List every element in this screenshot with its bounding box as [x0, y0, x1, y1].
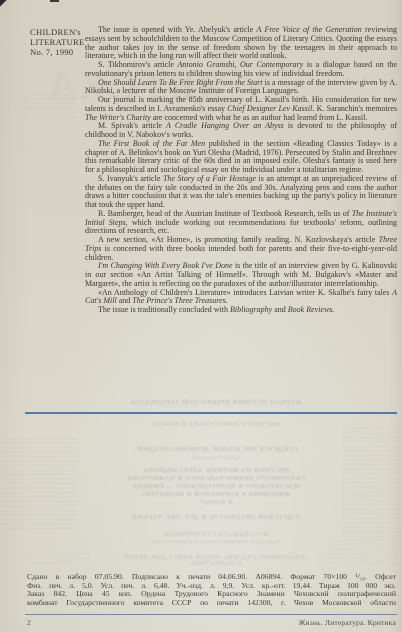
paragraph: S. Ivanyuk's article The Story of a Fair…: [85, 175, 397, 210]
paragraph: A new section, «At Home», is promoting f…: [85, 236, 397, 262]
article-title-italic: A Free Voice of the Generation: [257, 25, 362, 34]
journal-masthead: CHILDREN's LITERATURE No. 7, 1990: [30, 27, 85, 57]
paragraph-text: A new section, «At Home», is promoting f…: [98, 235, 379, 244]
paragraph: Our journal is marking the 85th annivers…: [85, 96, 397, 122]
bleed-through-blob: [328, 540, 398, 566]
article-title-italic: Antonio Gramshi, Our Contemporary: [178, 60, 304, 69]
bleed-line: ЖУРНАЛ ИСТОРИЯ ПРЕКРАСНОЙ ЗАРОДИЛАСЬ: [30, 399, 402, 406]
paragraph-text: is concerned with three books intended b…: [85, 244, 397, 262]
paragraph-text: «An Anthology of Children's Literature» …: [98, 288, 392, 297]
article-title-italic: The Prince's Three Treasures.: [132, 296, 227, 305]
scan-edge-mark: [50, 0, 59, 2]
paragraph-text: R. Bamberger, head of the Austrian Insti…: [98, 209, 352, 218]
masthead-line: No. 7, 1990: [30, 47, 85, 57]
paragraph: The First Book of the Fat Men published …: [85, 140, 397, 175]
article-title-italic: Book Reviews.: [288, 305, 335, 314]
bleed-through-blob: [25, 553, 91, 565]
paragraph-text: The issue is traditionally concluded wit…: [98, 305, 230, 314]
article-title-italic: Chief Designer Lev Kassil.: [227, 104, 314, 113]
paragraph: S. Tikhomirov's article Antonio Gramshi,…: [85, 61, 397, 79]
bleed-through-blob: [2, 438, 78, 530]
imprint-line: комбинат Государственного комитета СССР …: [27, 599, 396, 608]
paragraph: I'm Changing With Every Book I've Done i…: [85, 262, 397, 288]
page-number: 2: [27, 618, 31, 627]
article-title-italic: The Story of a Fair Hostage: [163, 174, 256, 183]
article-title-italic: One Should Learn To Be Free Right From t…: [98, 78, 263, 87]
paragraph-text: K. Saranchin's memoires: [314, 104, 397, 113]
masthead-line: LITERATURE: [30, 37, 85, 47]
paragraph-text: and: [272, 305, 288, 314]
bleed-line: ИНСТИТУТ ПРИСТУПАЕТ К РАБОТЕ: [30, 421, 402, 428]
paragraph-text: and: [117, 296, 133, 305]
paragraph: R. Bamberger, head of the Austrian Insti…: [85, 210, 397, 236]
article-title-italic: A Cradle Hanging Over an Abyss: [166, 121, 284, 130]
paragraph-text: S. Ivanyuk's article: [98, 174, 163, 183]
section-divider-rule: [25, 412, 397, 414]
footer-rule: [25, 614, 397, 615]
paragraph: The issue is traditionally concluded wit…: [85, 306, 397, 315]
scanned-journal-page: ДЕТСКАЯ ЖУРНАЛ ИСТОРИЯ ПРЕКРАСНОЙ ЗАРОДИ…: [0, 0, 402, 632]
paragraph: «An Anthology of Children's Literature» …: [85, 289, 397, 307]
paragraph-text: M. Spivak's article: [98, 121, 166, 130]
paragraph: M. Spivak's article A Cradle Hanging Ove…: [85, 122, 397, 140]
paragraph: The issue is opened with Ye. Abelyuk's a…: [85, 26, 397, 61]
article-title-italic: The First Book of the Fat Men: [98, 139, 205, 148]
article-title-italic: The Writer's Charity: [85, 113, 151, 122]
paragraph-text: The issue is opened with Ye. Abelyuk's a…: [98, 25, 257, 34]
bleed-through-blob: [342, 428, 400, 540]
article-title-italic: I'm Changing With Every Book I've Done: [98, 261, 233, 270]
paragraph-text: are concerned with what he as an author …: [151, 113, 368, 122]
paragraph: One Should Learn To Be Free Right From t…: [85, 79, 397, 97]
bleed-through-blob: [24, 94, 76, 120]
print-imprint: Сдано в набор 07.05.90. Подписано к печа…: [27, 573, 396, 608]
scan-corner-mark: [0, 0, 8, 8]
article-title-italic: Bibliography: [230, 305, 272, 314]
masthead-line: CHILDREN's: [30, 27, 85, 37]
running-title: Жизнь. Литература. Критика: [299, 618, 396, 627]
paragraph-text: S. Tikhomirov's article: [98, 60, 178, 69]
paragraph-text: which include working out recommendation…: [85, 218, 397, 236]
article-paragraphs: The issue is opened with Ye. Abelyuk's a…: [85, 26, 397, 315]
